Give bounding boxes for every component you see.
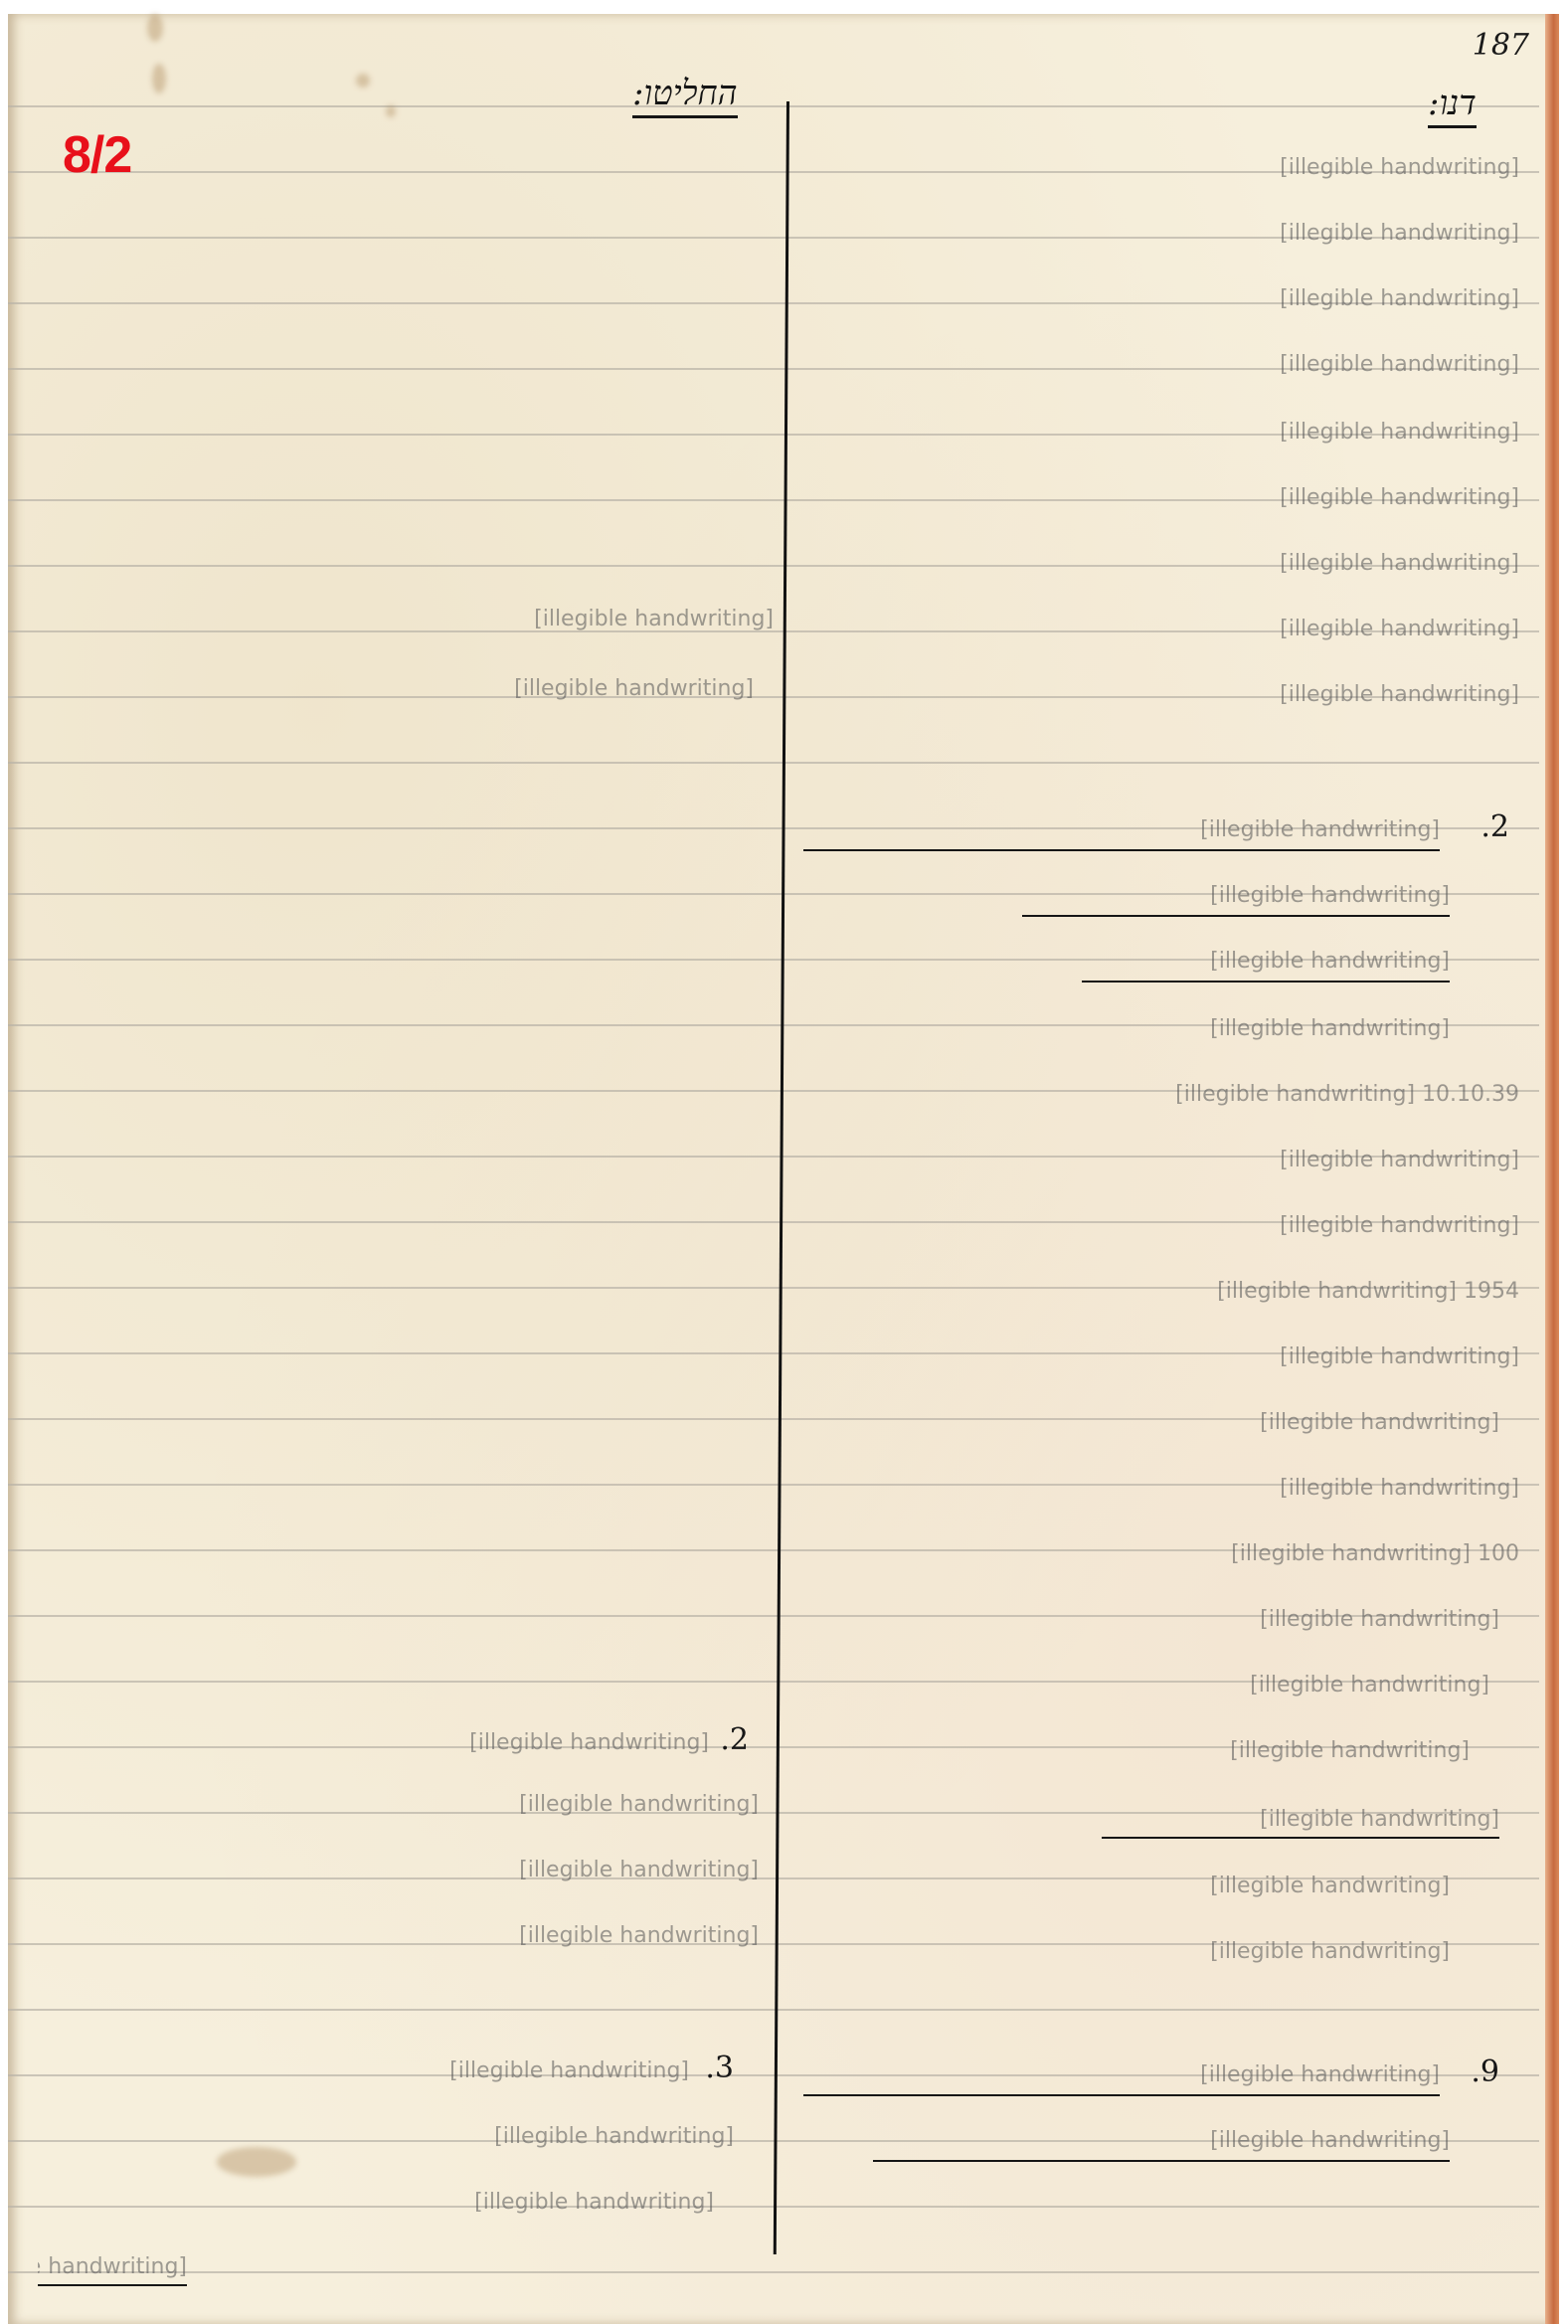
- handwritten-line: [illegible handwriting]: [803, 1337, 1519, 1376]
- handwritten-line: [illegible handwriting]: [112, 1722, 709, 1762]
- handwritten-line: [illegible handwriting]: [833, 278, 1519, 318]
- handwritten-line: [illegible handwriting]: [803, 1402, 1499, 1442]
- handwritten-line: 100 [illegible handwriting]: [803, 1533, 1519, 1573]
- handwritten-line: [illegible handwriting]: [933, 674, 1519, 714]
- decisions-header: החליטו:: [632, 74, 738, 118]
- handwritten-line: [illegible handwriting]: [803, 1468, 1519, 1508]
- handwritten-line: [illegible handwriting]: [833, 543, 1519, 583]
- paper-stain: [147, 14, 163, 42]
- page-edge: [1545, 14, 1559, 2324]
- section-title-line: [illegible handwriting]: [1022, 875, 1450, 917]
- handwritten-line: [illegible handwriting]: [833, 1730, 1470, 1770]
- continuation-note: [illegible handwriting]: [38, 2246, 187, 2286]
- section-title-line: [illegible handwriting]: [873, 2120, 1450, 2162]
- handwritten-line: [illegible handwriting]: [803, 477, 1519, 517]
- handwritten-line: [illegible handwriting]: [803, 1599, 1499, 1639]
- page-number: 187: [1473, 28, 1529, 63]
- handwritten-line: [illegible handwriting]: [803, 1931, 1450, 1971]
- handwritten-line: [illegible handwriting]: [803, 147, 1519, 187]
- handwritten-line: 10.10.39 [illegible handwriting]: [803, 1074, 1519, 1114]
- handwritten-line: [illegible handwriting]: [63, 1850, 759, 1889]
- document-label: 8/2: [63, 125, 131, 185]
- handwritten-line: [illegible handwriting]: [803, 1140, 1519, 1179]
- handwritten-line: [illegible handwriting]: [803, 609, 1519, 648]
- handwritten-line: [illegible handwriting]: [296, 668, 754, 708]
- paper-stain: [386, 105, 396, 117]
- ruled-line: [8, 762, 1539, 764]
- item-number: 9.: [1450, 2055, 1499, 2094]
- handwritten-line: 1954 [illegible handwriting]: [803, 1271, 1519, 1311]
- handwritten-line: [illegible handwriting]: [97, 2051, 689, 2090]
- section-title-line: [illegible handwriting]: [803, 809, 1440, 851]
- handwritten-line: [illegible handwriting]: [803, 213, 1519, 253]
- handwritten-line: [illegible handwriting]: [803, 412, 1519, 451]
- paper-stain: [152, 64, 166, 93]
- handwritten-line: [illegible handwriting]: [833, 1866, 1450, 1905]
- item-number: 3.: [694, 2051, 734, 2090]
- section-title-line: [illegible handwriting]: [803, 2055, 1440, 2096]
- discussion-header: דנו:: [1428, 84, 1477, 128]
- handwritten-line: [illegible handwriting]: [48, 1915, 759, 1955]
- ruled-line: [8, 105, 1539, 107]
- handwritten-line: [illegible handwriting]: [83, 1784, 759, 1824]
- handwritten-line: [illegible handwriting]: [803, 1205, 1519, 1245]
- signature-line: [illegible handwriting]: [1102, 1799, 1499, 1839]
- ruled-line: [8, 2009, 1539, 2011]
- item-number: 2.: [1460, 809, 1509, 849]
- notebook-page: 8/2 187 החליטו: [illegible handwriting] …: [8, 14, 1559, 2324]
- column-divider: [774, 101, 789, 2254]
- handwritten-line: [illegible handwriting]: [97, 2116, 734, 2156]
- handwritten-line: [illegible handwriting]: [793, 1665, 1489, 1704]
- section-title-line: [illegible handwriting]: [1082, 941, 1450, 983]
- ruled-line: [8, 2271, 1539, 2273]
- handwritten-line: [illegible handwriting]: [376, 2182, 714, 2222]
- handwritten-line: [illegible handwriting]: [833, 344, 1519, 384]
- paper-stain: [356, 74, 370, 88]
- handwritten-line: [illegible handwriting]: [833, 1008, 1450, 1048]
- item-number: 2.: [709, 1722, 749, 1762]
- handwritten-line: [illegible handwriting]: [38, 599, 774, 638]
